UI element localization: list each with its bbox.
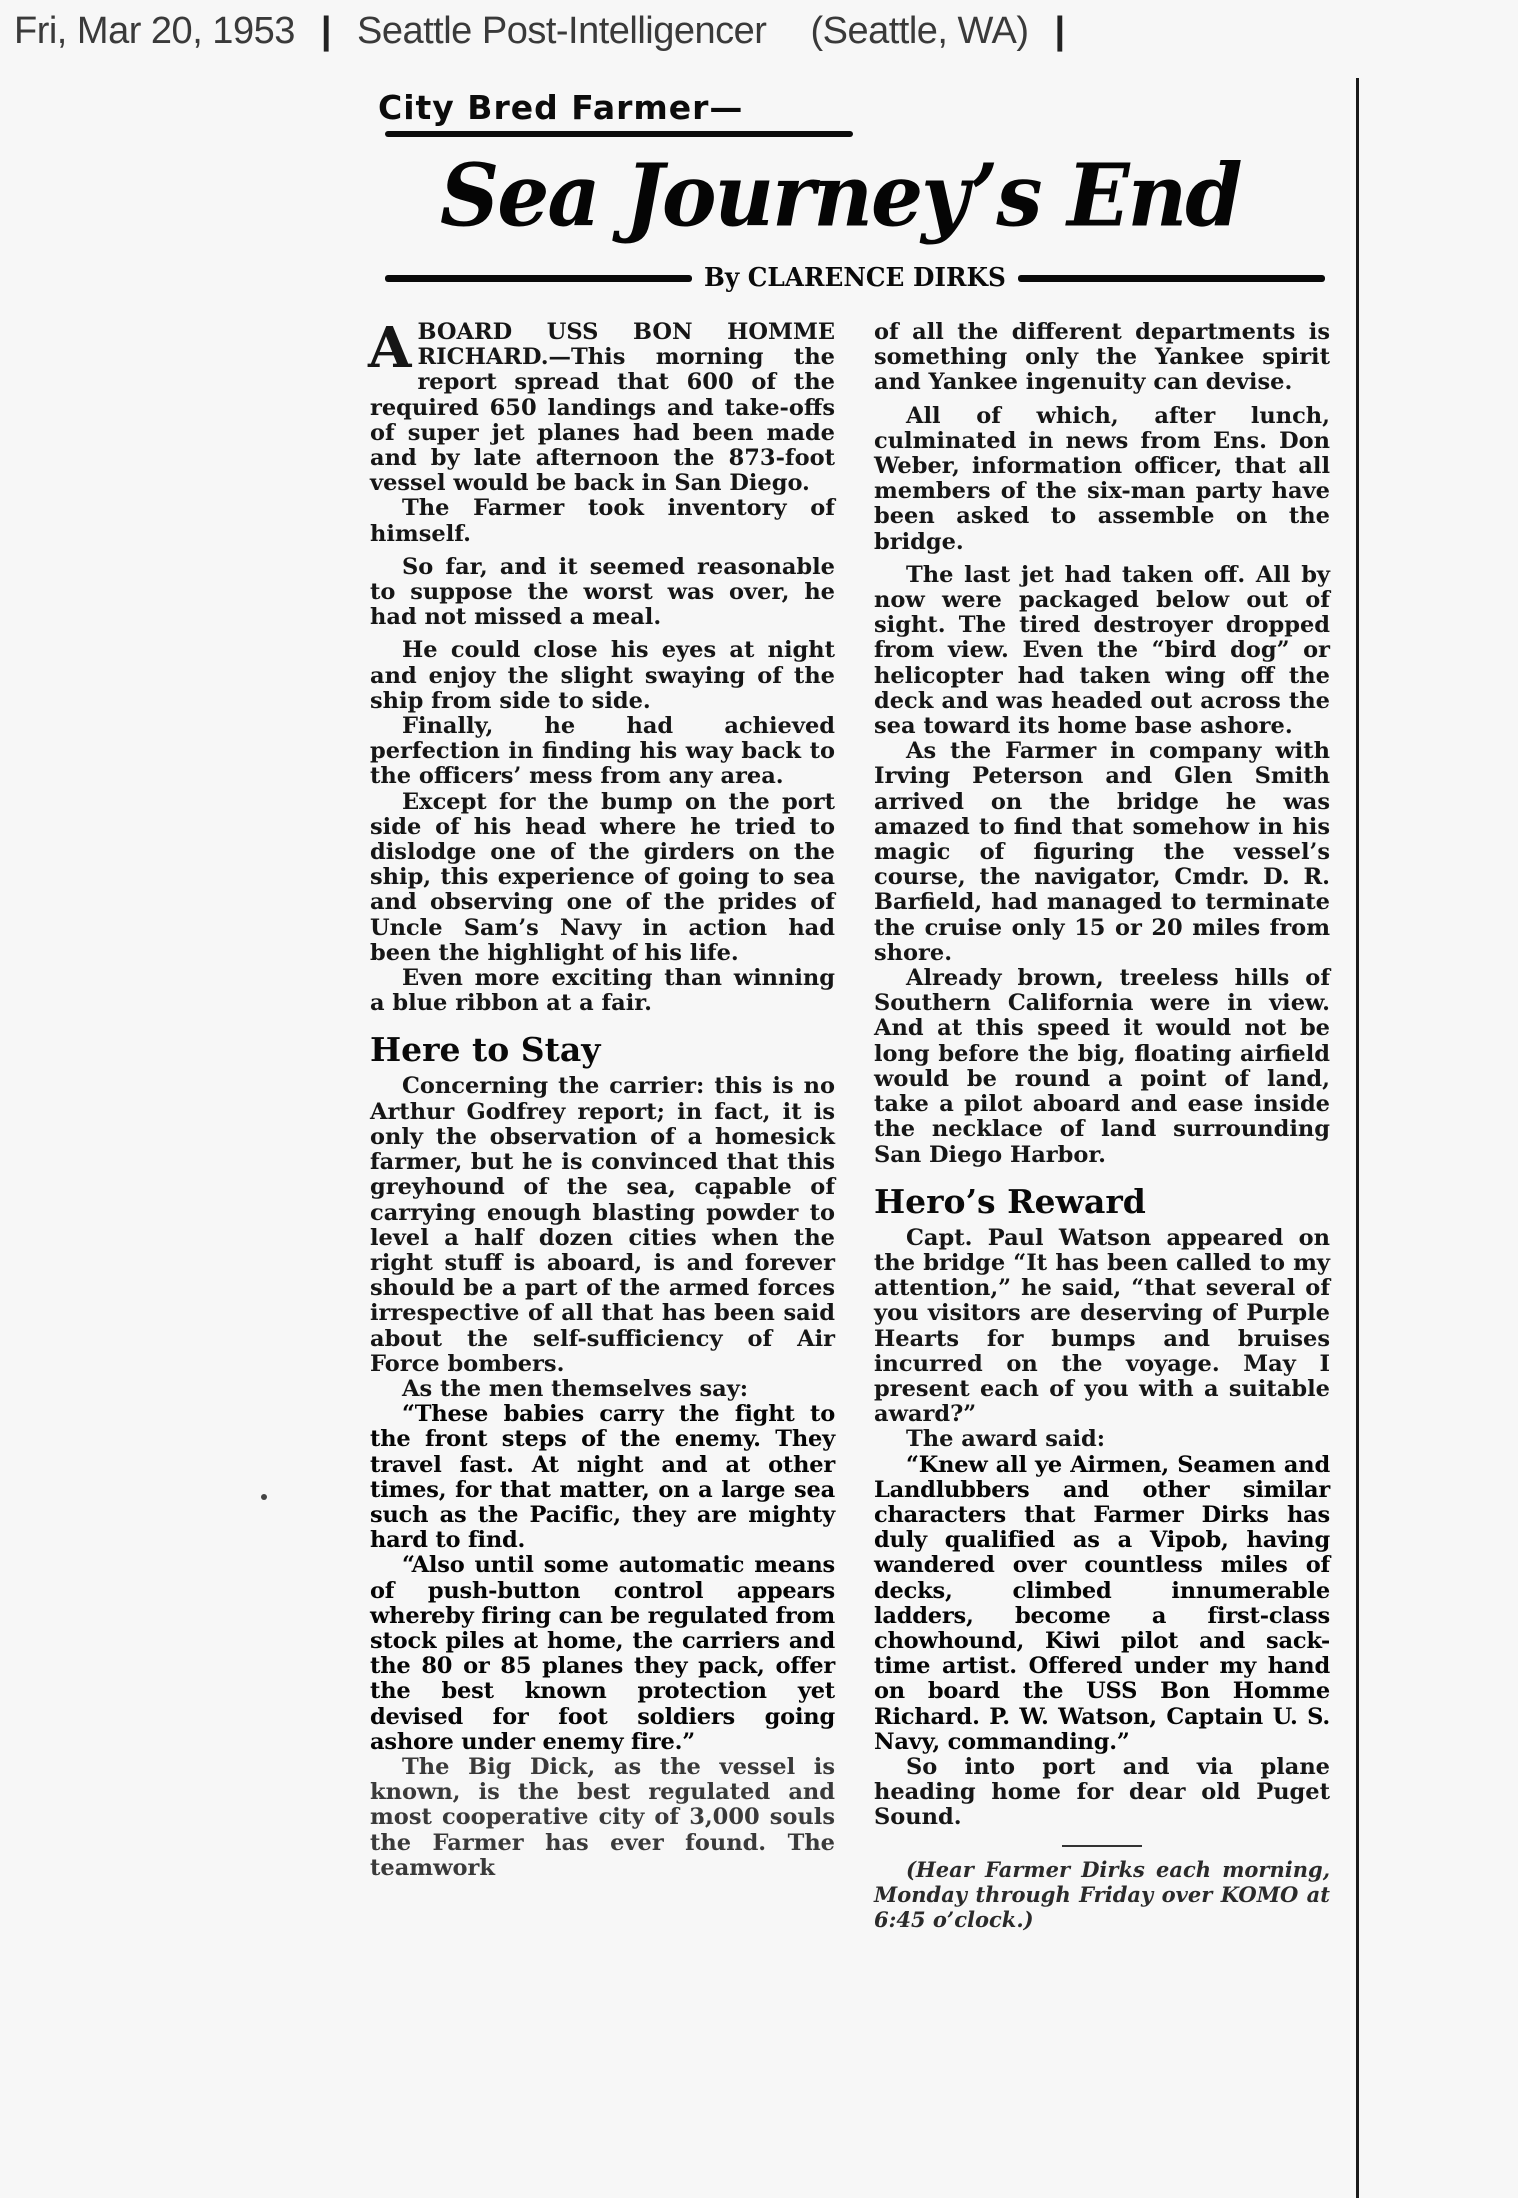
- byline-rule-left: [385, 275, 692, 282]
- paragraph: Already brown, treeless hills of Souther…: [874, 966, 1330, 1168]
- paragraph: Even more exciting than winning a blue r…: [370, 966, 835, 1016]
- paragraph: As the men themselves say:: [370, 1377, 835, 1402]
- drop-cap: A: [368, 324, 411, 372]
- paragraph: As the Farmer in company with Irving Pet…: [874, 739, 1330, 966]
- paragraph: Except for the bump on the port side of …: [370, 790, 835, 966]
- award-quote: “Knew all ye Airmen, Seamen and Landlubb…: [874, 1453, 1330, 1755]
- paragraph: The award said:: [874, 1427, 1330, 1452]
- headline-kicker: City Bred Farmer—: [378, 88, 743, 127]
- paragraph: The Big Dick, as the vessel is known, is…: [370, 1755, 835, 1881]
- paragraph: Finally, he had achieved perfection in f…: [370, 714, 835, 790]
- paragraph: All of which, after lunch, culminated in…: [874, 404, 1330, 555]
- subhead-here-to-stay: Here to Stay: [370, 1030, 835, 1070]
- column-rule: [1356, 78, 1359, 2198]
- headline: Sea Journey’s End: [440, 146, 1300, 247]
- clipping-meta-bar: Fri, Mar 20, 1953 | Seattle Post-Intelli…: [14, 6, 1065, 56]
- kicker-underline: [385, 131, 853, 137]
- paragraph: He could close his eyes at night and enj…: [370, 638, 835, 714]
- print-speck: [261, 1494, 267, 1500]
- article-column-left: ABOARD USS BON HOMME RICHARD.—This morni…: [370, 320, 835, 1881]
- publication-date: Fri, Mar 20, 1953: [14, 10, 295, 53]
- separator: |: [321, 10, 331, 53]
- radio-tagline: (Hear Farmer Dirks each morning, Monday …: [874, 1857, 1330, 1933]
- article-column-right: of all the different departments is some…: [874, 320, 1330, 1932]
- paragraph: Capt. Paul Watson appeared on the bridge…: [874, 1226, 1330, 1428]
- subhead-heros-reward: Hero’s Reward: [874, 1182, 1330, 1222]
- separator-end: |: [1054, 10, 1064, 53]
- paragraph: The last jet had taken off. All by now w…: [874, 563, 1330, 739]
- paragraph: So into port and via plane heading home …: [874, 1755, 1330, 1831]
- paragraph: Concerning the carrier: this is no Arthu…: [370, 1074, 835, 1376]
- publication-location: (Seattle, WA): [810, 10, 1028, 53]
- byline: By CLARENCE DIRKS: [700, 263, 1009, 293]
- print-speck: [716, 1195, 720, 1199]
- quote-paragraph: “Also until some automatic means of push…: [370, 1553, 835, 1755]
- byline-rule-right: [1018, 275, 1325, 282]
- quote-paragraph: “These babies carry the fight to the fro…: [370, 1402, 835, 1553]
- continuation-paragraph: of all the different departments is some…: [874, 320, 1330, 396]
- end-rule: [1062, 1845, 1142, 1847]
- paragraph: So far, and it seemed reasonable to supp…: [370, 555, 835, 631]
- publication-name: Seattle Post-Intelligencer: [357, 10, 766, 53]
- lead-text: BOARD USS BON HOMME RICHARD.—This mornin…: [370, 319, 835, 496]
- byline-row: By CLARENCE DIRKS: [385, 258, 1325, 298]
- lead-paragraph: ABOARD USS BON HOMME RICHARD.—This morni…: [370, 320, 835, 496]
- paragraph: The Farmer took inventory of himself.: [370, 496, 835, 546]
